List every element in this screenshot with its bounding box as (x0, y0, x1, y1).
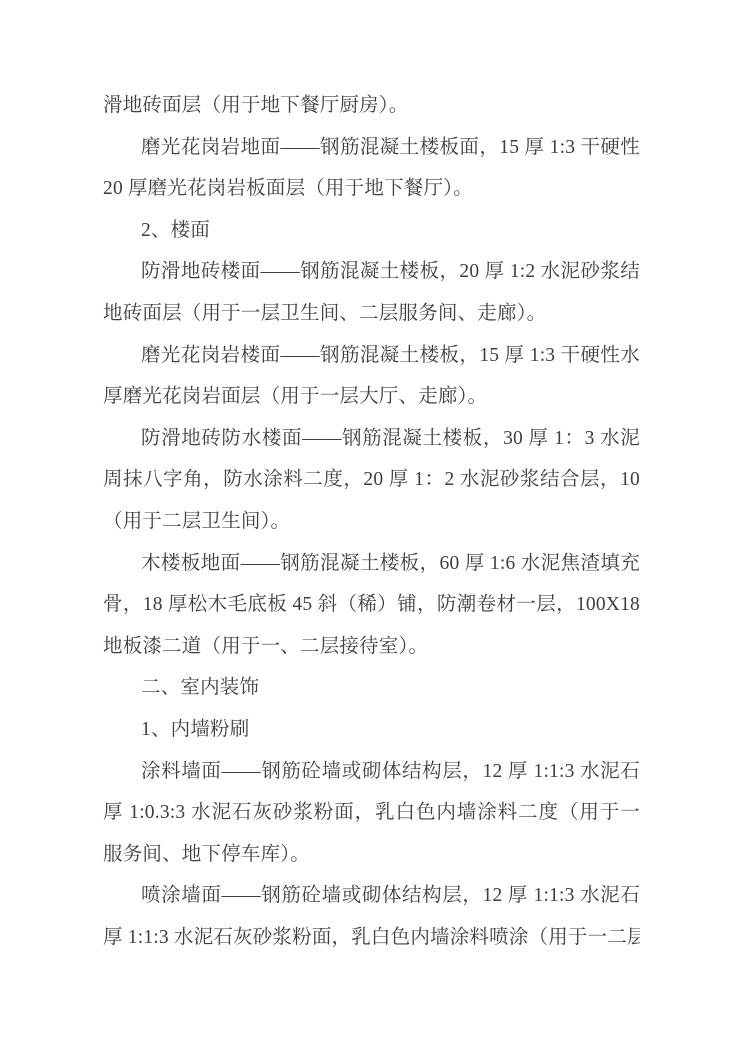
text-line: 地砖面层（用于一层卫生间、二层服务间、走廊）。 (103, 293, 640, 335)
text-line: 1、内墙粉刷 (103, 709, 640, 751)
document-page: 滑地砖面层（用于地下餐厅厨房）。 磨光花岗岩地面——钢筋混凝土楼板面，15 厚 … (0, 0, 744, 1052)
text-line: 20 厚磨光花岗岩板面层（用于地下餐厅）。 (103, 168, 640, 210)
text-line: 滑地砖面层（用于地下餐厅厨房）。 (103, 85, 640, 127)
text-line: 防滑地砖楼面——钢筋混凝土楼板，20 厚 1:2 水泥砂浆结合层，10 厚防滑 (103, 251, 640, 293)
text-line: 防滑地砖防水楼面——钢筋混凝土楼板，30 厚 1：3 水泥砂浆兼找平层、四 (103, 418, 640, 460)
text-line: 厚 1:1:3 水泥石灰砂浆粉面，乳白色内墙涂料喷涂（用于一二层接待室）。 (103, 917, 640, 959)
text-line: 周抹八字角，防水涂料二度，20 厚 1：2 水泥砂浆结合层，10 厚防滑地砖面层 (103, 459, 640, 501)
text-line: 木楼板地面——钢筋混凝土楼板，60 厚 1:6 水泥焦渣填充层，架空 20 木龙 (103, 543, 640, 585)
text-block: 滑地砖面层（用于地下餐厅厨房）。 磨光花岗岩地面——钢筋混凝土楼板面，15 厚 … (103, 85, 640, 958)
text-line: 喷涂墙面——钢筋砼墙或砌体结构层，12 厚 1:1:3 水泥石灰砂浆打底，8 (103, 875, 640, 917)
text-line: 2、楼面 (103, 210, 640, 252)
text-line: 骨，18 厚松木毛底板 45 斜（稀）铺，防潮卷材一层，100X18 长条硬木企… (103, 584, 640, 626)
text-line: 服务间、地下停车库）。 (103, 834, 640, 876)
text-line: （用于二层卫生间）。 (103, 501, 640, 543)
text-line: 磨光花岗岩地面——钢筋混凝土楼板面，15 厚 1:3 干硬性水泥砂浆结合层， (103, 127, 640, 169)
text-line: 涂料墙面——钢筋砼墙或砌体结构层，12 厚 1:1:3 水泥石灰砂浆打底，8 (103, 751, 640, 793)
text-line: 磨光花岗岩楼面——钢筋混凝土楼板，15 厚 1:3 干硬性水泥砂浆结合层，20 (103, 335, 640, 377)
text-line: 厚 1:0.3:3 水泥石灰砂浆粉面，乳白色内墙涂料二度（用于一二层大厅走廊、 (103, 792, 640, 834)
text-line: 二、室内装饰 (103, 667, 640, 709)
text-line: 地板漆二道（用于一、二层接待室）。 (103, 626, 640, 668)
text-line: 厚磨光花岗岩面层（用于一层大厅、走廊）。 (103, 376, 640, 418)
